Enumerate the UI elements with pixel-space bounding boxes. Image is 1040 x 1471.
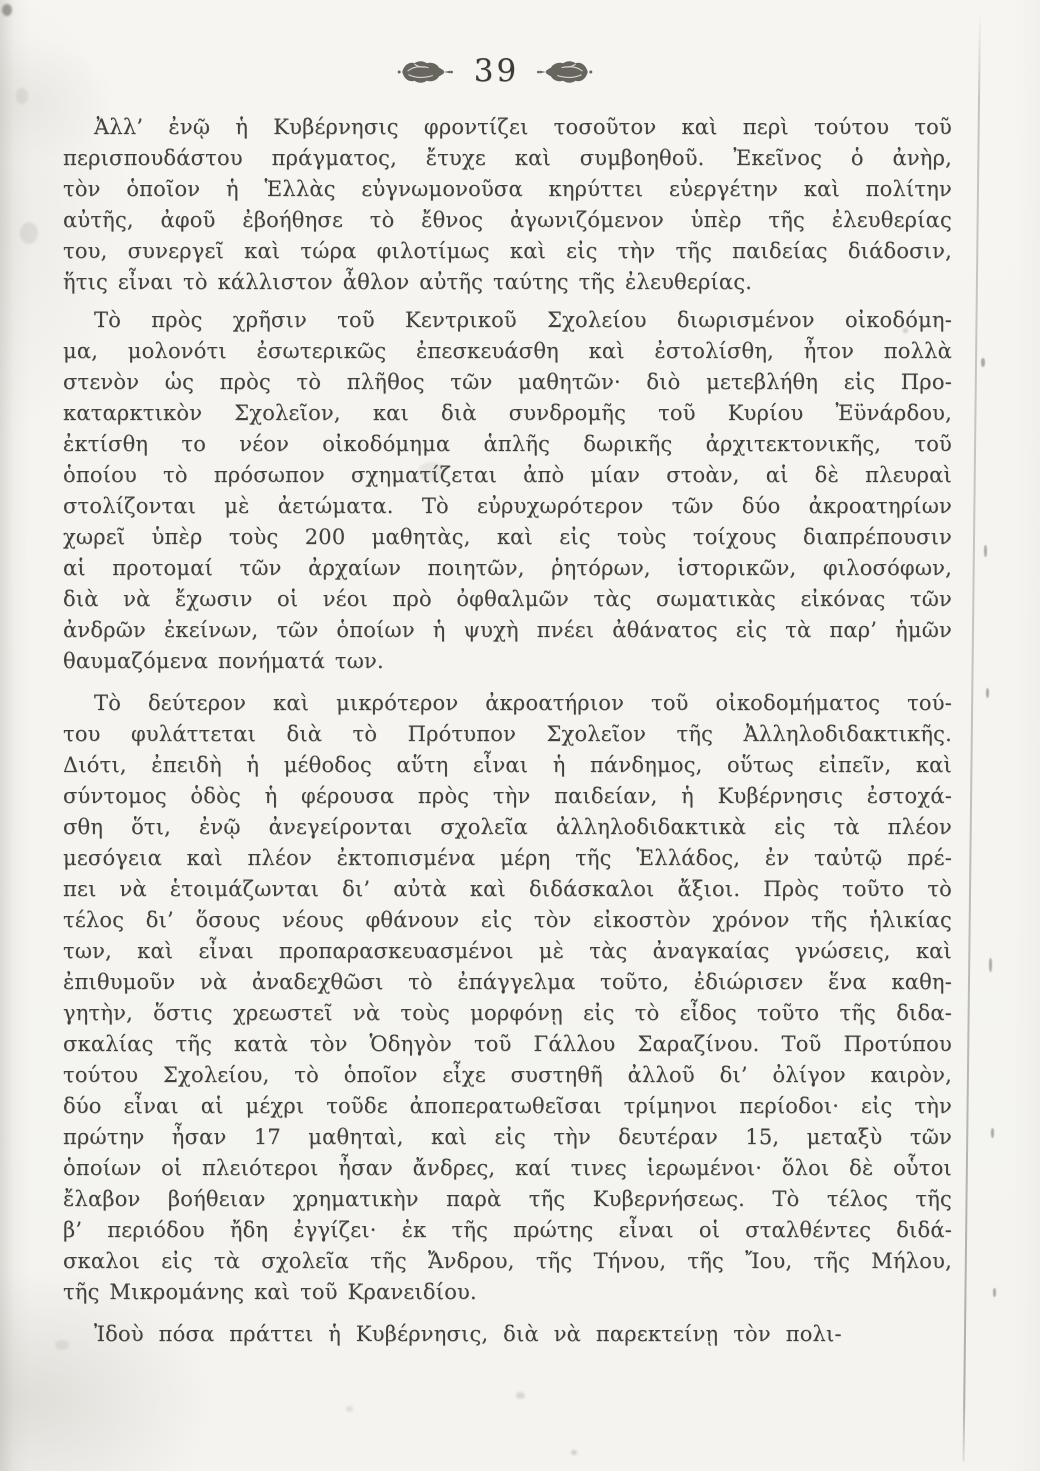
paragraph: Ἀλλ’ ἐνῷ ἡ Κυβέρνησις φροντίζει τοσοῦτον… (63, 112, 952, 298)
text-line: καταρκτικὸν Σχολεῖον, και διὰ συνδρομῆς … (63, 398, 952, 429)
edge-mark (981, 358, 985, 367)
text-line: σκαλοι εἰς τὰ σχολεῖα τῆς Ἄνδρου, τῆς Τή… (63, 1246, 952, 1277)
edge-mark (993, 1288, 996, 1297)
edge-mark (986, 688, 989, 698)
text-line: διὰ νὰ ἔχωσιν οἱ νέοι πρὸ ὀφθαλμῶν τὰς σ… (63, 584, 952, 615)
text-line: τέλος δι’ ὅσους νέους φθάνουν εἰς τὸν εἰ… (63, 905, 952, 936)
text-line: Τὸ πρὸς χρῆσιν τοῦ Κεντρικοῦ Σχολείου δι… (63, 305, 952, 336)
scanned-book-page: 39 Ἀλλ’ ἐνῷ ἡ Κυβέρνησις φροντίζει τοσοῦ… (0, 0, 1040, 1471)
text-line: τῆς Μικρομάνης καὶ τοῦ Κρανειδίου. (63, 1277, 952, 1308)
paragraph: Τὸ πρὸς χρῆσιν τοῦ Κεντρικοῦ Σχολείου δι… (63, 305, 952, 677)
facing-page-edge-line (963, 12, 981, 1462)
text-line: σύντομος ὁδὸς ἡ φέρουσα πρὸς τὴν παιδεία… (63, 781, 952, 812)
floral-ornament-right-icon (537, 57, 593, 87)
scan-speck (516, 1392, 525, 1399)
text-line: του, συνεργεῖ καὶ τώρα φιλοτίμως καὶ εἰς… (63, 236, 952, 267)
text-line: ἐπιθυμοῦν νὰ ἀναδεχθῶσι τὸ ἐπάγγελμα τοῦ… (63, 967, 952, 998)
edge-mark (984, 545, 987, 557)
scan-speck (20, 222, 38, 244)
edge-mark (991, 1128, 994, 1138)
text-line: ὁποίων οἱ πλειότεροι ἦσαν ἄνδρες, καί τι… (63, 1153, 952, 1184)
scan-speck (903, 328, 908, 333)
text-line: Ἀλλ’ ἐνῷ ἡ Κυβέρνησις φροντίζει τοσοῦτον… (63, 112, 952, 143)
text-line: σκαλίας τῆς κατὰ τὸν Ὁδηγὸν τοῦ Γάλλου Σ… (63, 1029, 952, 1060)
text-line: σθη ὅτι, ἐνῷ ἀνεγείρονται σχολεῖα ἀλληλο… (63, 812, 952, 843)
scan-speck (55, 1340, 69, 1350)
text-line: μεσόγεια καὶ πλέον ἐκτοπισμένα μέρη τῆς … (63, 843, 952, 874)
paragraph: Τὸ δεύτερον καὶ μικρότερον ἀκροατήριον τ… (63, 688, 952, 1308)
text-line: Διότι, ἐπειδὴ ἡ μέθοδος αὕτη εἶναι ἡ πάν… (63, 750, 952, 781)
page-number: 39 (469, 56, 521, 87)
text-line: ἔλαβον βοήθειαν χρηματικὴν παρὰ τῆς Κυβε… (63, 1184, 952, 1215)
text-line: γητὴν, ὅστις χρεωστεῖ νὰ τοὺς μορφόνῃ εἰ… (63, 998, 952, 1029)
scan-speck (571, 1450, 577, 1455)
text-line: των, καὶ εἶναι προπαρασκευασμένοι μὲ τὰς… (63, 936, 952, 967)
text-line: ἀνδρῶν ἐκείνων, τῶν ὁποίων ἡ ψυχὴ πνέει … (63, 615, 952, 646)
page-header: 39 (0, 56, 1015, 87)
text-line: β’ περιόδου ἤδη ἐγγίζει· ἐκ τῆς πρώτης ε… (63, 1215, 952, 1246)
text-line: στολίζονται μὲ ἀετώματα. Τὸ εὐρυχωρότερο… (63, 491, 952, 522)
text-line: μα, μολονότι ἐσωτερικῶς ἐπεσκευάσθη καὶ … (63, 336, 952, 367)
text-line: αἱ προτομαί τῶν ἀρχαίων ποιητῶν, ῥητόρων… (63, 553, 952, 584)
edge-mark (989, 958, 992, 972)
text-line: πρώτην ἦσαν 17 μαθηταὶ, καὶ εἰς τὴν δευτ… (63, 1122, 952, 1153)
scan-speck (16, 88, 28, 104)
text-line: ὁποίου τὸ πρόσωπον σχηματίζεται ἀπὸ μίαν… (63, 460, 952, 491)
text-line: του φυλάττεται διὰ τὸ Πρότυπον Σχολεῖον … (63, 719, 952, 750)
scan-speck (2, 4, 12, 16)
text-line: ἥτις εἶναι τὸ κάλλιστον ἆθλον αὐτῆς ταύτ… (63, 267, 952, 298)
text-line: πει νὰ ἑτοιμάζωνται δι’ αὐτὰ καὶ διδάσκα… (63, 874, 952, 905)
text-line: τὸν ὁποῖον ἡ Ἑλλὰς εὐγνωμονοῦσα κηρύττει… (63, 174, 952, 205)
floral-ornament-left-icon (397, 57, 453, 87)
text-line: θαυμαζόμενα πονήματά των. (63, 646, 952, 677)
text-line: ἐκτίσθη το νέον οἰκοδόμημα ἁπλῆς δωρικῆς… (63, 429, 952, 460)
paragraph: Ἰδοὺ πόσα πράττει ἡ Κυβέρνησις, διὰ νὰ π… (63, 1319, 952, 1350)
text-line: περισπουδάστου πράγματος, ἔτυχε καὶ συμβ… (63, 143, 952, 174)
text-line: στενὸν ὡς πρὸς τὸ πλῆθος τῶν μαθητῶν· δι… (63, 367, 952, 398)
text-line: δύο εἶναι αἱ μέχρι τοῦδε ἀποπερατωθεῖσαι… (63, 1091, 952, 1122)
text-line: Ἰδοὺ πόσα πράττει ἡ Κυβέρνησις, διὰ νὰ π… (63, 1319, 952, 1350)
text-line: Τὸ δεύτερον καὶ μικρότερον ἀκροατήριον τ… (63, 688, 952, 719)
text-line: χωρεῖ ὑπὲρ τοὺς 200 μαθητὰς, καὶ εἰς τοὺ… (63, 522, 952, 553)
text-line: τούτου Σχολείου, τὸ ὁποῖον εἶχε συστηθῆ … (63, 1060, 952, 1091)
scan-speck (346, 1406, 353, 1412)
scan-speck (418, 462, 446, 482)
text-line: αὐτῆς, ἀφοῦ ἐβοήθησε τὸ ἔθνος ἀγωνιζόμεν… (63, 205, 952, 236)
text-block: Ἀλλ’ ἐνῷ ἡ Κυβέρνησις φροντίζει τοσοῦτον… (63, 112, 952, 1350)
